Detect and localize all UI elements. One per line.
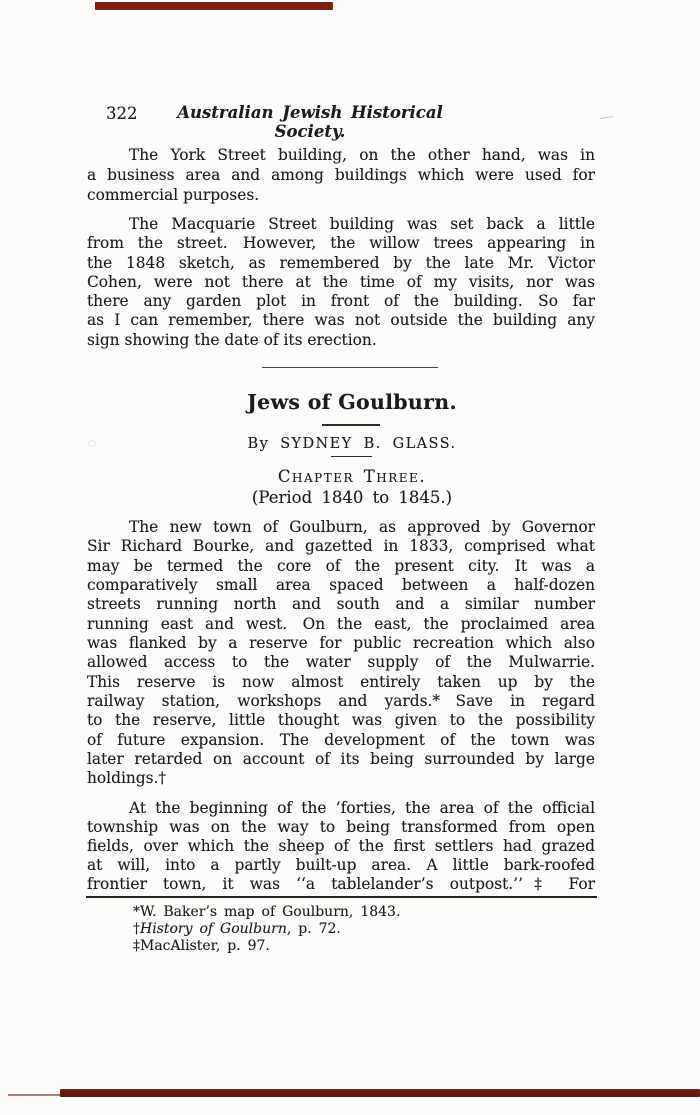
text-line: allowed access to the water supply of th… <box>87 653 595 672</box>
text-line: streets running north and south and a si… <box>87 595 595 614</box>
text-line: to the reserve, little thought was given… <box>87 711 595 730</box>
text-line: The new town of Goulburn, as approved by… <box>87 518 595 537</box>
text-line: fields, over which the sheep of the firs… <box>87 837 595 856</box>
byline-underline-rule <box>331 456 372 457</box>
section-divider-rule <box>262 367 438 368</box>
text-line: township was on the way to being transfo… <box>87 818 595 837</box>
text-line: comparatively small area spaced between … <box>87 576 595 595</box>
scan-artifact-dash <box>600 116 613 122</box>
article-byline: By SYDNEY B. GLASS. <box>87 436 617 452</box>
page-number: 322 <box>106 104 138 123</box>
footnote-2-page-ref: , p. 72. <box>287 921 341 937</box>
paragraph-forties: At the beginning of the ’forties, the ar… <box>87 799 595 894</box>
title-underline-rule <box>322 424 380 426</box>
text-line: of future expansion. The development of … <box>87 731 595 750</box>
text-line: This reserve is now almost entirely take… <box>87 673 595 692</box>
text-line: frontier town, it was ‘‘a tablelander’s … <box>87 875 595 894</box>
footnote-2-work-title: History of Goulburn <box>140 921 287 937</box>
chapter-heading: Chapter Three. <box>87 467 617 486</box>
text-line: there any garden plot in front of the bu… <box>87 292 595 311</box>
text-line: at will, into a partly built-up area. A … <box>87 856 595 875</box>
scanned-journal-page: 322 Australian Jewish Historical Society… <box>0 0 700 1115</box>
article-title: Jews of Goulburn. <box>87 390 617 414</box>
paragraph-new-town: The new town of Goulburn, as approved by… <box>87 518 595 789</box>
text-line: commercial purposes. <box>87 185 595 205</box>
scan-bottom-edge-tail <box>8 1094 66 1096</box>
text-line: running east and west. On the east, the … <box>87 615 595 634</box>
text-line: a business area and among buildings whic… <box>87 165 595 185</box>
text-line: as I can remember, there was not outside… <box>87 311 595 330</box>
text-line: Cohen, were not there at the time of my … <box>87 273 595 292</box>
text-line: was flanked by a reserve for public recr… <box>87 634 595 653</box>
scan-bottom-edge-bar <box>60 1089 700 1097</box>
text-line: At the beginning of the ’forties, the ar… <box>87 799 595 818</box>
footnote-3: ‡MacAlister, p. 97. <box>133 938 400 955</box>
text-line: holdings.† <box>87 769 595 788</box>
scan-top-edge-bar <box>95 2 333 10</box>
running-header-title: Australian Jewish Historical Society. <box>150 103 470 141</box>
chapter-period-line: (Period 1840 to 1845.) <box>87 488 617 507</box>
footnote-2: †History of Goulburn, p. 72. <box>133 921 400 938</box>
text-line: sign showing the date of its erection. <box>87 331 595 350</box>
text-line: later retarded on account of its being s… <box>87 750 595 769</box>
paragraph-york-street: The York Street building, on the other h… <box>87 145 595 205</box>
paragraph-macquarie-street: The Macquarie Street building was set ba… <box>87 215 595 350</box>
footnotes: *W. Baker’s map of Goulburn, 1843. †Hist… <box>133 904 400 955</box>
footnote-1: *W. Baker’s map of Goulburn, 1843. <box>133 904 400 921</box>
footnote-separator-rule <box>86 896 597 898</box>
text-line: railway station, workshops and yards.* S… <box>87 692 595 711</box>
text-line: the 1848 sketch, as remembered by the la… <box>87 254 595 273</box>
text-line: The York Street building, on the other h… <box>87 145 595 165</box>
text-line: from the street. However, the willow tre… <box>87 234 595 253</box>
footnote-2-marker: † <box>133 921 140 937</box>
text-line: The Macquarie Street building was set ba… <box>87 215 595 234</box>
text-line: may be termed the core of the present ci… <box>87 557 595 576</box>
text-line: Sir Richard Bourke, and gazetted in 1833… <box>87 537 595 556</box>
